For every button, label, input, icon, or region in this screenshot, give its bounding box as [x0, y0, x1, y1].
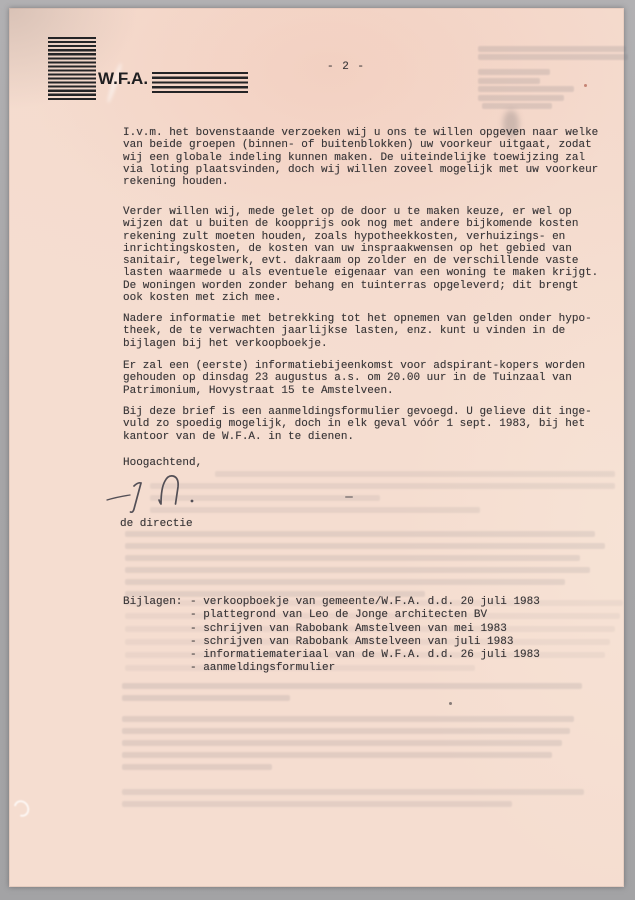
bleed-through-line: [122, 801, 512, 807]
bleed-through-line: [122, 728, 570, 734]
closing-salutation: Hoogachtend,: [123, 457, 202, 469]
red-speck: [584, 84, 587, 87]
ink-speck: [449, 702, 452, 705]
bleed-through-line: [125, 579, 565, 585]
paragraph: Er zal een (eerste) informatiebijeenkoms…: [123, 360, 585, 397]
attachments-label: Bijlagen:: [123, 596, 182, 609]
bleed-through-line: [478, 78, 540, 84]
bleed-through-line: [122, 764, 272, 770]
bleed-through-line: [125, 543, 605, 549]
bleed-through-line: [478, 95, 564, 101]
bleed-through-line: [150, 483, 615, 489]
attachments-list: - verkoopboekje van gemeente/W.F.A. d.d.…: [190, 596, 540, 676]
logo-text: W.F.A.: [98, 69, 148, 89]
bleed-through-line: [215, 471, 615, 477]
bleed-through-line: [125, 567, 590, 573]
logo-stripe-block-icon: [48, 37, 96, 100]
paragraph: I.v.m. het bovenstaande verzoeken wij u …: [123, 127, 598, 188]
paragraph: Bij deze brief is een aanmeldingsformuli…: [123, 406, 592, 443]
bleed-through-line: [122, 683, 582, 689]
logo-stripe-lines-icon: [152, 72, 248, 94]
bleed-through-line: [478, 69, 550, 75]
stray-pen-mark: [345, 496, 353, 498]
bleed-through-line: [478, 86, 574, 92]
bleed-through-line: [122, 752, 552, 758]
bleed-through-line: [125, 555, 580, 561]
bleed-through-line: [122, 740, 562, 746]
bleed-through-line: [122, 695, 290, 701]
bleed-through-line: [478, 46, 626, 52]
scanned-letter-page: W.F.A. - 2 - I.v.m. het bovenstaande ver…: [0, 0, 635, 900]
page-number: - 2 -: [327, 61, 365, 73]
bleed-through-line: [122, 789, 584, 795]
bleed-through-line: [478, 54, 628, 60]
bleed-through-line: [125, 531, 595, 537]
paragraph: Verder willen wij, mede gelet op de door…: [123, 206, 598, 304]
bleed-through-line: [482, 103, 552, 109]
signature-handwritten: [104, 470, 204, 520]
paragraph: Nadere informatie met betrekking tot het…: [123, 313, 592, 350]
signer-title: de directie: [120, 518, 193, 530]
bleed-through-line: [122, 716, 574, 722]
